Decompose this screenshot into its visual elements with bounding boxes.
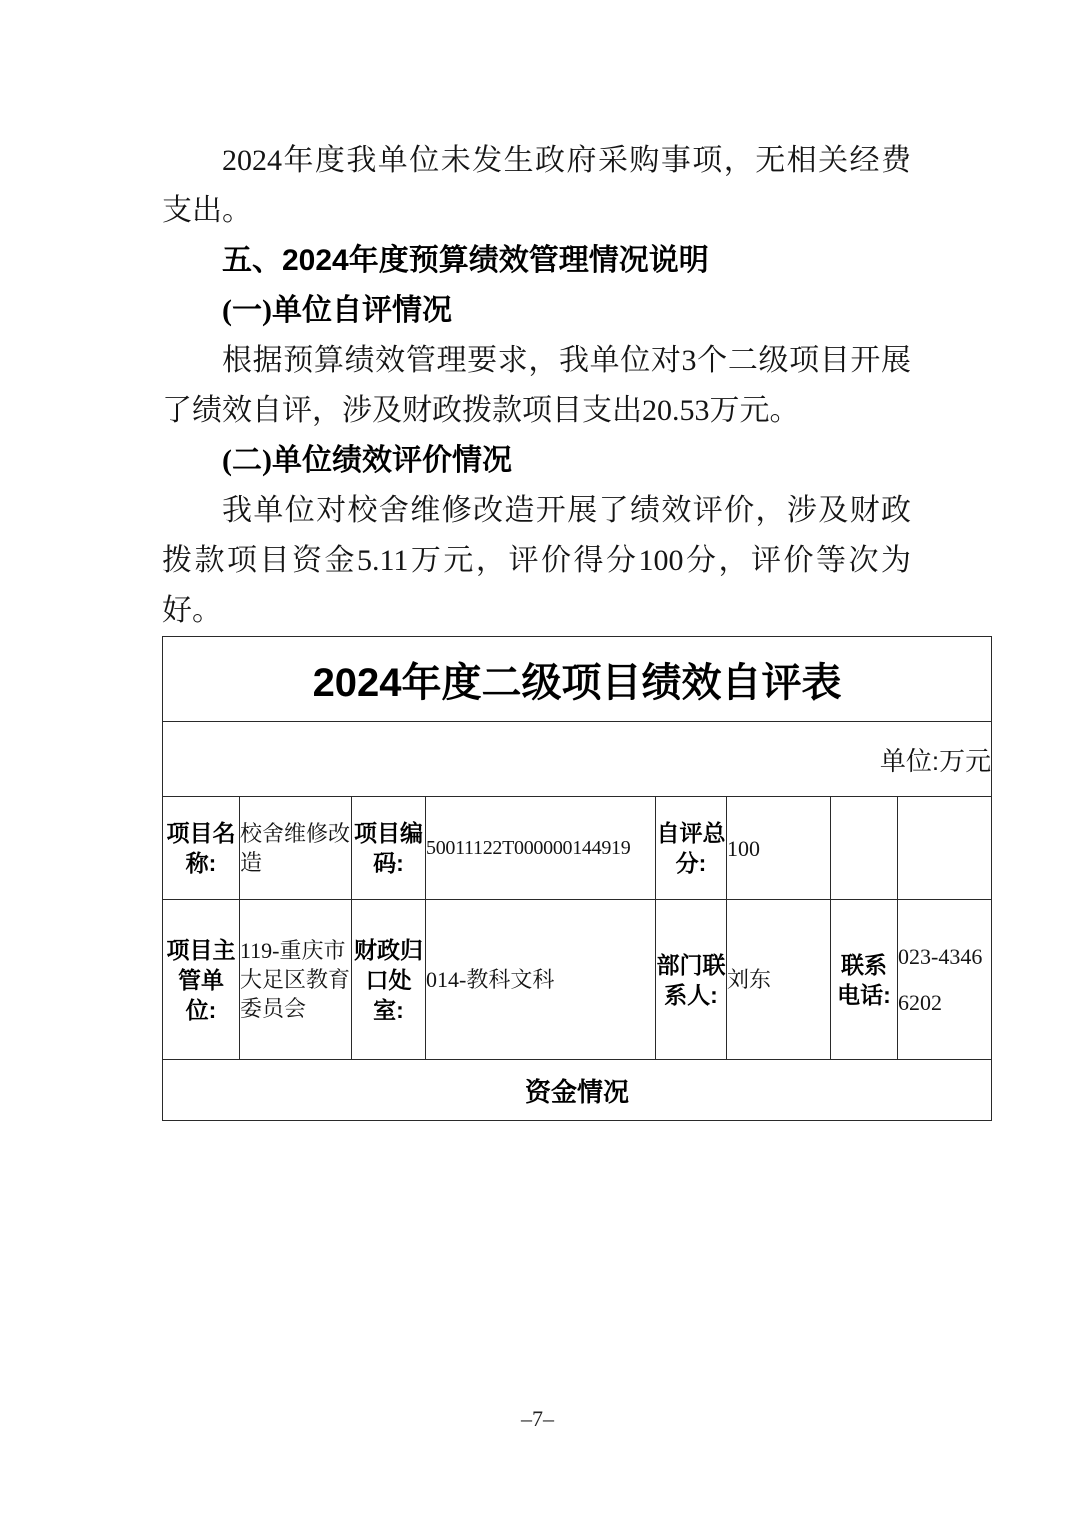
empty-cell-1 (831, 797, 898, 900)
page-number: –7– (0, 1406, 1075, 1432)
label-supervising-unit: 项目主管单位: (163, 900, 240, 1060)
heading-section-five: 五、2024年度预算绩效管理情况说明 (162, 236, 911, 286)
table-title-row: 2024年度二级项目绩效自评表 (163, 637, 992, 722)
value-self-score: 100 (727, 797, 831, 900)
table-row-project-info: 项目名称: 校舍维修改造 项目编码: 50011122T000000144919… (163, 797, 992, 900)
table-row-org-info: 项目主管单位: 119-重庆市大足区教育委员会 财政归口处室: 014-教科文科… (163, 900, 992, 1060)
heading-self-eval: (一)单位自评情况 (162, 286, 911, 336)
heading-perf-eval: (二)单位绩效评价情况 (162, 436, 911, 486)
empty-cell-2 (898, 797, 992, 900)
document-page: { "colors": { "background": "#ffffff", "… (0, 0, 1075, 1520)
table-title: 2024年度二级项目绩效自评表 (163, 637, 992, 722)
label-self-score: 自评总分: (656, 797, 727, 900)
value-project-name: 校舍维修改造 (240, 797, 352, 900)
table-section-row: 资金情况 (163, 1060, 992, 1121)
value-contact-person: 刘东 (727, 900, 831, 1060)
value-project-code: 50011122T000000144919 (426, 797, 656, 900)
label-project-code: 项目编码: (352, 797, 426, 900)
label-contact-phone: 联系电话: (831, 900, 898, 1060)
value-supervising-unit: 119-重庆市大足区教育委员会 (240, 900, 352, 1060)
document-body: 2024年度我单位未发生政府采购事项，无相关经费支出。 五、2024年度预算绩效… (162, 136, 911, 1121)
table-unit-note: 单位:万元 (163, 722, 992, 797)
value-contact-phone: 023-43466202 (898, 900, 992, 1060)
paragraph-perf-eval: 我单位对校舍维修改造开展了绩效评价，涉及财政拨款项目资金5.11万元，评价得分1… (162, 486, 911, 636)
performance-self-eval-table: 2024年度二级项目绩效自评表 单位:万元 项目名称: 校舍维修改造 项目编码:… (162, 636, 992, 1121)
paragraph-procurement: 2024年度我单位未发生政府采购事项，无相关经费支出。 (162, 136, 911, 236)
paragraph-self-eval: 根据预算绩效管理要求，我单位对3个二级项目开展了绩效自评，涉及财政拨款项目支出2… (162, 336, 911, 436)
value-finance-office: 014-教科文科 (426, 900, 656, 1060)
label-finance-office: 财政归口处室: (352, 900, 426, 1060)
table-unit-row: 单位:万元 (163, 722, 992, 797)
label-project-name: 项目名称: (163, 797, 240, 900)
table-section-funds: 资金情况 (163, 1060, 992, 1121)
label-contact-person: 部门联系人: (656, 900, 727, 1060)
